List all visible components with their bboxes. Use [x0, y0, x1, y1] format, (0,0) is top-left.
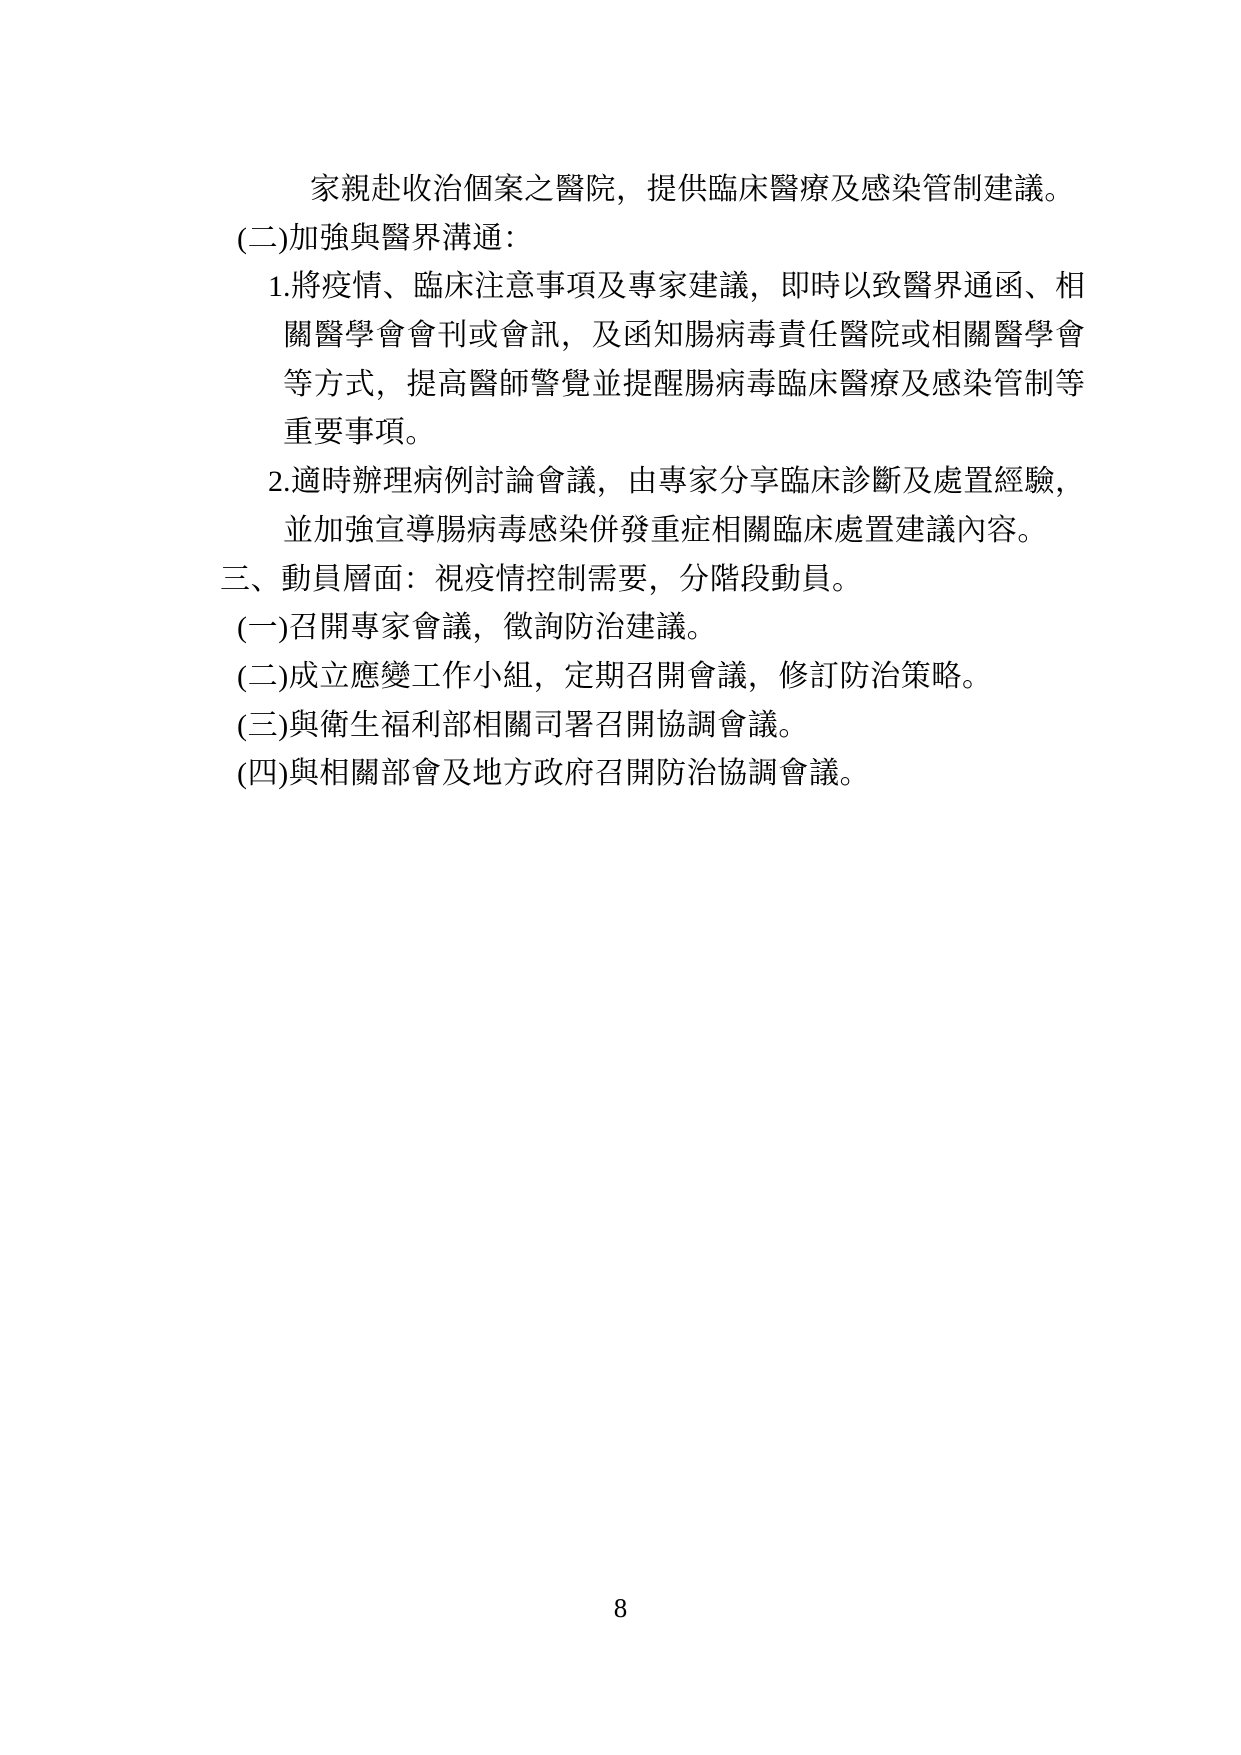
text-line-subitem-1-cont: 重要事項。 [283, 409, 1241, 458]
text-line-section-3-heading: 三、動員層面：視疫情控制需要，分階段動員。 [220, 556, 1241, 605]
document-page: 家親赴收治個案之醫院，提供臨床醫療及感染管制建議。 (二)加強與醫界溝通： 1.… [0, 0, 1241, 1755]
text-line-item-1: (一)召開專家會議，徵詢防治建議。 [237, 604, 1241, 653]
text-line-subitem-1-cont: 等方式，提高醫師警覺並提醒腸病毒臨床醫療及感染管制等 [283, 361, 1085, 410]
text-line-item-4: (四)與相關部會及地方政府召開防治協調會議。 [237, 750, 1241, 799]
document-text-block: 家親赴收治個案之醫院，提供臨床醫療及感染管制建議。 (二)加強與醫界溝通： 1.… [0, 166, 1241, 799]
text-line-item-2-heading: (二)加強與醫界溝通： [237, 215, 1241, 264]
text-line-subitem-1: 1.將疫情、臨床注意事項及專家建議，即時以致醫界通函、相 [268, 263, 1085, 312]
text-line-subitem-1-cont: 關醫學會會刊或會訊，及函知腸病毒責任醫院或相關醫學會 [283, 312, 1085, 361]
text-line-subitem-2-cont: 並加強宣導腸病毒感染併發重症相關臨床處置建議內容。 [283, 507, 1241, 556]
page-number: 8 [0, 1593, 1241, 1624]
text-line-carryover: 家親赴收治個案之醫院，提供臨床醫療及感染管制建議。 [310, 166, 1241, 215]
text-line-item-3: (三)與衛生福利部相關司署召開協調會議。 [237, 702, 1241, 751]
text-line-item-2: (二)成立應變工作小組，定期召開會議，修訂防治策略。 [237, 653, 1241, 702]
text-line-subitem-2: 2.適時辦理病例討論會議，由專家分享臨床診斷及處置經驗， [268, 458, 1085, 507]
